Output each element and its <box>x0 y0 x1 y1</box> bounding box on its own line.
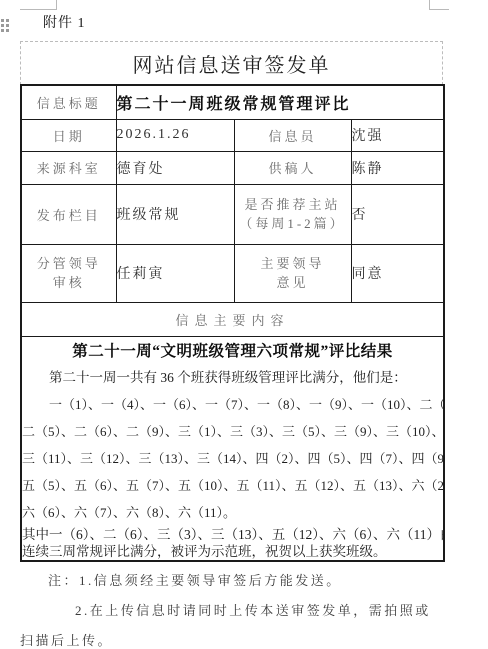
page-corner-mark-right-icon <box>429 0 449 10</box>
content-list-line: 二（5）、二（6）、二（9）、三（1）、三（3）、三（5）、三（9）、三（10）… <box>22 418 443 445</box>
content-remark-line: 连续三周常规评比满分，被评为示范班，祝贺以上获奖班级。 <box>22 543 443 560</box>
main-leader-label-line2: 意见 <box>235 273 351 292</box>
table-row: 分管领导 审核 任莉寅 主要领导 意见 同意 <box>21 244 444 302</box>
content-list-line: 五（5）、五（6）、五（7）、五（10）、五（11）、五（12）、五（13）、六… <box>22 472 443 499</box>
table-row: 发布栏目 班级常规 是否推荐主站 （每周1-2篇） 否 <box>21 184 444 244</box>
recommend-main-label: 是否推荐主站 （每周1-2篇） <box>234 184 351 244</box>
source-dept-label: 来源科室 <box>21 151 116 184</box>
content-list-line: 一（1）、一（4）、一（6）、一（7）、一（8）、一（9）、一（10）、二（4）… <box>22 391 443 418</box>
info-title-label: 信息标题 <box>21 85 116 119</box>
main-leader-label-line1: 主要领导 <box>235 254 351 273</box>
attachment-label: 附件 1 <box>43 12 86 32</box>
table-row: 来源科室 德育处 供稿人 陈静 <box>21 151 444 184</box>
document-page: 附件 1 网站信息送审签发单 信息标题 第二十一周班级常规管理评比 日期 202… <box>0 0 488 649</box>
content-section-header: 信息主要内容 <box>21 302 444 336</box>
approval-form-table: 信息标题 第二十一周班级常规管理评比 日期 2026.1.26 信息员 沈强 来… <box>20 84 445 562</box>
publish-column-value: 班级常规 <box>116 184 234 244</box>
contributor-value: 陈静 <box>351 151 444 184</box>
recommend-main-label-line1: 是否推荐主站 <box>235 195 351 214</box>
leader-review-label: 分管领导 审核 <box>21 244 116 302</box>
table-row: 信息标题 第二十一周班级常规管理评比 <box>21 85 444 119</box>
contributor-label: 供稿人 <box>234 151 351 184</box>
recommend-main-label-line2: （每周1-2篇） <box>235 214 351 233</box>
table-row: 日期 2026.1.26 信息员 沈强 <box>21 119 444 151</box>
note-line: 扫描后上传。 <box>20 626 450 649</box>
content-list-line: 三（11）、三（12）、三（13）、三（14）、四（2）、四（5）、四（7）、四… <box>22 445 443 472</box>
recommend-main-value: 否 <box>351 184 444 244</box>
source-dept-value: 德育处 <box>116 151 234 184</box>
content-list-line: 六（6）、六（7）、六（8）、六（11）。 <box>22 499 443 526</box>
leader-review-label-line1: 分管领导 <box>22 254 116 273</box>
publish-column-label: 发布栏目 <box>21 184 116 244</box>
leader-review-label-line2: 审核 <box>22 273 116 292</box>
form-title: 网站信息送审签发单 <box>133 49 331 78</box>
leader-review-value: 任莉寅 <box>116 244 234 302</box>
table-row: 信息主要内容 <box>21 302 444 336</box>
content-intro: 第二十一周一共有 36 个班获得班级管理评比满分，他们是： <box>22 364 443 391</box>
form-title-box: 网站信息送审签发单 <box>20 41 443 85</box>
main-leader-value: 同意 <box>351 244 444 302</box>
content-cell: 第二十一周“文明班级管理六项常规”评比结果 第二十一周一共有 36 个班获得班级… <box>21 336 444 561</box>
content-heading: 第二十一周“文明班级管理六项常规”评比结果 <box>22 339 443 364</box>
info-officer-value: 沈强 <box>351 119 444 151</box>
date-label: 日期 <box>21 119 116 151</box>
info-officer-label: 信息员 <box>234 119 351 151</box>
footer-notes: 注：1.信息须经主要领导审签后方能发送。 2.在上传信息时请同时上传本送审签发单… <box>20 566 450 649</box>
drag-dots-icon[interactable] <box>1 19 9 32</box>
date-value: 2026.1.26 <box>116 119 234 151</box>
page-corner-mark-left-icon <box>20 0 57 10</box>
note-line: 注：1.信息须经主要领导审签后方能发送。 <box>48 566 450 596</box>
note-line: 2.在上传信息时请同时上传本送审签发单，需拍照或 <box>75 596 450 626</box>
main-leader-label: 主要领导 意见 <box>234 244 351 302</box>
content-remark-line: 其中一（6）、二（6）、三（3）、三（13）、五（12）、六（6）、六（11）由… <box>22 526 443 543</box>
table-row: 第二十一周“文明班级管理六项常规”评比结果 第二十一周一共有 36 个班获得班级… <box>21 336 444 561</box>
info-title-value: 第二十一周班级常规管理评比 <box>116 85 444 119</box>
